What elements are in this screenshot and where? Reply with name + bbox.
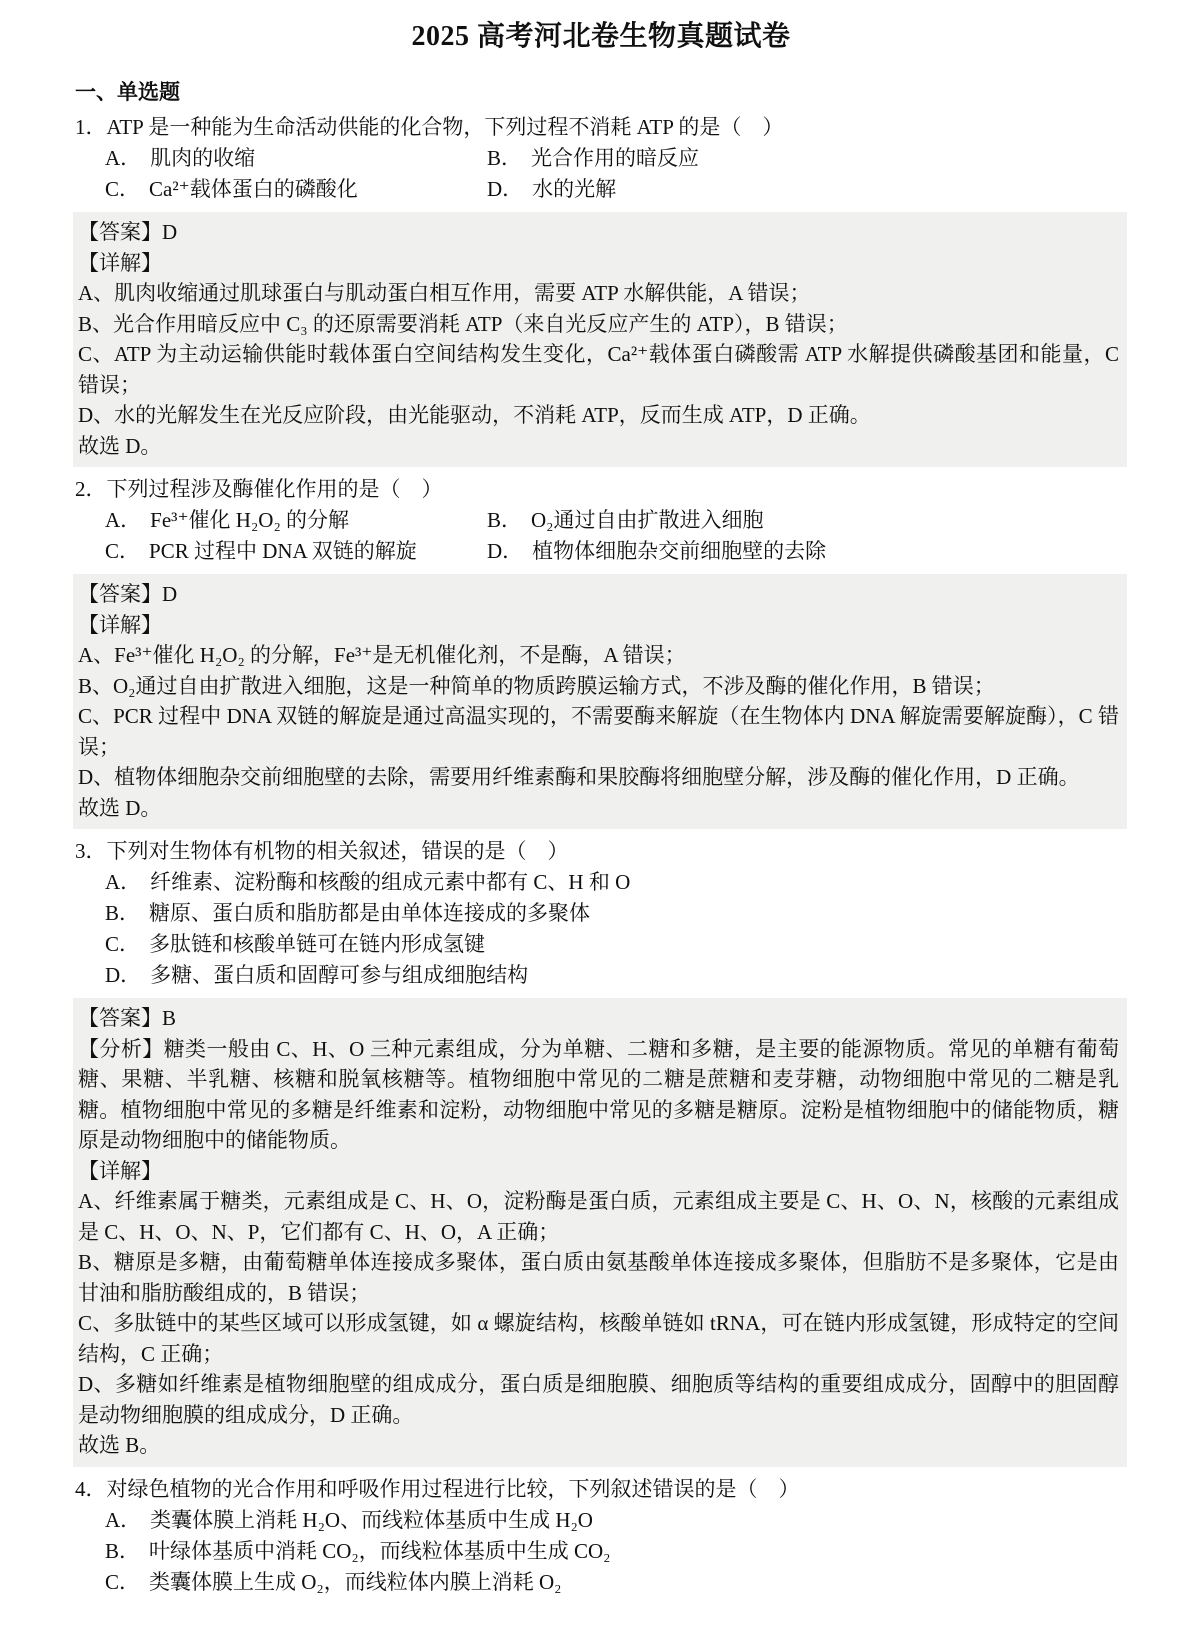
option-item: A．肌肉的收缩 [105, 143, 487, 174]
answer-line: C、PCR 过程中 DNA 双链的解旋是通过高温实现的，不需要酶来解旋（在生物体… [78, 701, 1119, 762]
question-1: 1．ATP 是一种能为生命活动供能的化合物，下列过程不消耗 ATP 的是（ ） … [75, 112, 1127, 467]
question-stem: 3．下列对生物体有机物的相关叙述，错误的是（ ） [75, 836, 1127, 867]
answer-line: A、肌肉收缩通过肌球蛋白与肌动蛋白相互作用，需要 ATP 水解供能，A 错误； [78, 278, 1119, 309]
answer-line: B、O₂通过自由扩散进入细胞，这是一种简单的物质跨膜运输方式，不涉及酶的催化作用… [78, 671, 1119, 702]
option-item: D．植物体细胞杂交前细胞壁的去除 [487, 536, 1127, 567]
option-text: 植物体细胞杂交前细胞壁的去除 [532, 539, 826, 563]
document-title: 2025 高考河北卷生物真题试卷 [75, 14, 1127, 54]
option-text: 肌肉的收缩 [150, 146, 255, 170]
answer-line: 【详解】 [78, 248, 1119, 279]
question-3: 3．下列对生物体有机物的相关叙述，错误的是（ ） A．纤维素、淀粉酶和核酸的组成… [75, 836, 1127, 1467]
question-stem: 2．下列过程涉及酶催化作用的是（ ） [75, 474, 1127, 505]
option-label: B． [487, 146, 522, 170]
answer-block: 【答案】D 【详解】 A、Fe³⁺催化 H₂O₂ 的分解，Fe³⁺是无机催化剂，… [73, 574, 1127, 829]
answer-line: 故选 D。 [78, 793, 1119, 824]
answer-line: 【答案】D [78, 579, 1119, 610]
option-item: B．叶绿体基质中消耗 CO₂，而线粒体基质中生成 CO₂ [105, 1536, 1127, 1567]
option-label: A． [105, 1508, 141, 1532]
option-item: B．光合作用的暗反应 [487, 143, 1127, 174]
option-item: D．水的光解 [487, 174, 1127, 205]
option-label: D． [105, 963, 141, 987]
option-label: B． [487, 508, 522, 532]
option-label: D． [487, 539, 523, 563]
answer-line: B、糖原是多糖，由葡萄糖单体连接成多聚体，蛋白质由氨基酸单体连接成多聚体，但脂肪… [78, 1247, 1119, 1308]
option-item: C．Ca²⁺载体蛋白的磷酸化 [105, 174, 487, 205]
answer-line: A、Fe³⁺催化 H₂O₂ 的分解，Fe³⁺是无机催化剂，不是酶，A 错误； [78, 640, 1119, 671]
option-label: D． [487, 177, 523, 201]
question-stem: 1．ATP 是一种能为生命活动供能的化合物，下列过程不消耗 ATP 的是（ ） [75, 112, 1127, 143]
answer-line: 【答案】D [78, 217, 1119, 248]
option-item: C．多肽链和核酸单链可在链内形成氢键 [105, 929, 1127, 960]
option-item: A．Fe³⁺催化 H₂O₂ 的分解 [105, 505, 487, 536]
answer-line: D、植物体细胞杂交前细胞壁的去除，需要用纤维素酶和果胶酶将细胞壁分解，涉及酶的催… [78, 762, 1119, 793]
question-2: 2．下列过程涉及酶催化作用的是（ ） A．Fe³⁺催化 H₂O₂ 的分解 B．O… [75, 474, 1127, 829]
exam-document-page: 2025 高考河北卷生物真题试卷 一、单选题 1．ATP 是一种能为生命活动供能… [0, 0, 1190, 1626]
option-text: 叶绿体基质中消耗 CO₂，而线粒体基质中生成 CO₂ [149, 1539, 611, 1563]
option-text: Fe³⁺催化 H₂O₂ 的分解 [150, 508, 349, 532]
option-item: D．多糖、蛋白质和固醇可参与组成细胞结构 [105, 960, 1127, 991]
option-item: C．类囊体膜上生成 O₂，而线粒体内膜上消耗 O₂ [105, 1567, 1127, 1598]
option-item: B．糖原、蛋白质和脂肪都是由单体连接成的多聚体 [105, 898, 1127, 929]
answer-line: 【详解】 [78, 610, 1119, 641]
option-label: B． [105, 901, 140, 925]
option-text: PCR 过程中 DNA 双链的解旋 [149, 539, 417, 563]
answer-line: C、多肽链中的某些区域可以形成氢键，如 α 螺旋结构，核酸单链如 tRNA，可在… [78, 1308, 1119, 1369]
option-text: 光合作用的暗反应 [531, 146, 699, 170]
answer-line: D、水的光解发生在光反应阶段，由光能驱动，不消耗 ATP，反而生成 ATP，D … [78, 400, 1119, 431]
option-item: C．PCR 过程中 DNA 双链的解旋 [105, 536, 487, 567]
option-text: 类囊体膜上生成 O₂，而线粒体内膜上消耗 O₂ [149, 1570, 561, 1594]
option-text: 多肽链和核酸单链可在链内形成氢键 [149, 932, 485, 956]
option-item: A．纤维素、淀粉酶和核酸的组成元素中都有 C、H 和 O [105, 867, 1127, 898]
answer-line: 【详解】 [78, 1156, 1119, 1187]
section-heading: 一、单选题 [75, 76, 1127, 106]
option-item: B．O₂通过自由扩散进入细胞 [487, 505, 1127, 536]
answer-block: 【答案】D 【详解】 A、肌肉收缩通过肌球蛋白与肌动蛋白相互作用，需要 ATP … [73, 212, 1127, 467]
answer-line: D、多糖如纤维素是植物细胞壁的组成成分，蛋白质是细胞膜、细胞质等结构的重要组成成… [78, 1369, 1119, 1430]
answer-line: C、ATP 为主动运输供能时载体蛋白空间结构发生变化，Ca²⁺载体蛋白磷酸需 A… [78, 339, 1119, 400]
question-options: A．纤维素、淀粉酶和核酸的组成元素中都有 C、H 和 O B．糖原、蛋白质和脂肪… [75, 867, 1127, 991]
question-stem: 4．对绿色植物的光合作用和呼吸作用过程进行比较，下列叙述错误的是（ ） [75, 1474, 1127, 1505]
question-options: A．肌肉的收缩 B．光合作用的暗反应 C．Ca²⁺载体蛋白的磷酸化 D．水的光解 [75, 143, 1127, 205]
option-label: C． [105, 539, 140, 563]
question-options: A．类囊体膜上消耗 H₂O、而线粒体基质中生成 H₂O B．叶绿体基质中消耗 C… [75, 1505, 1127, 1598]
option-text: 多糖、蛋白质和固醇可参与组成细胞结构 [150, 963, 528, 987]
question-4: 4．对绿色植物的光合作用和呼吸作用过程进行比较，下列叙述错误的是（ ） A．类囊… [75, 1474, 1127, 1598]
answer-line: A、纤维素属于糖类，元素组成是 C、H、O，淀粉酶是蛋白质，元素组成主要是 C、… [78, 1186, 1119, 1247]
option-label: A． [105, 508, 141, 532]
option-label: C． [105, 177, 140, 201]
option-label: B． [105, 1539, 140, 1563]
answer-block: 【答案】B 【分析】糖类一般由 C、H、O 三种元素组成，分为单糖、二糖和多糖，… [73, 998, 1127, 1467]
answer-line: B、光合作用暗反应中 C₃ 的还原需要消耗 ATP（来自光反应产生的 ATP），… [78, 309, 1119, 340]
option-text: 类囊体膜上消耗 H₂O、而线粒体基质中生成 H₂O [150, 1508, 593, 1532]
option-label: A． [105, 870, 141, 894]
option-label: C． [105, 932, 140, 956]
option-text: 纤维素、淀粉酶和核酸的组成元素中都有 C、H 和 O [150, 870, 630, 894]
option-label: A． [105, 146, 141, 170]
answer-line: 故选 B。 [78, 1430, 1119, 1461]
answer-line: 【分析】糖类一般由 C、H、O 三种元素组成，分为单糖、二糖和多糖，是主要的能源… [78, 1034, 1119, 1156]
option-text: 糖原、蛋白质和脂肪都是由单体连接成的多聚体 [149, 901, 590, 925]
option-text: 水的光解 [532, 177, 616, 201]
option-item: A．类囊体膜上消耗 H₂O、而线粒体基质中生成 H₂O [105, 1505, 1127, 1536]
answer-line: 【答案】B [78, 1003, 1119, 1034]
option-text: O₂通过自由扩散进入细胞 [531, 508, 764, 532]
answer-line: 故选 D。 [78, 431, 1119, 462]
option-text: Ca²⁺载体蛋白的磷酸化 [149, 177, 358, 201]
option-label: C． [105, 1570, 140, 1594]
question-options: A．Fe³⁺催化 H₂O₂ 的分解 B．O₂通过自由扩散进入细胞 C．PCR 过… [75, 505, 1127, 567]
